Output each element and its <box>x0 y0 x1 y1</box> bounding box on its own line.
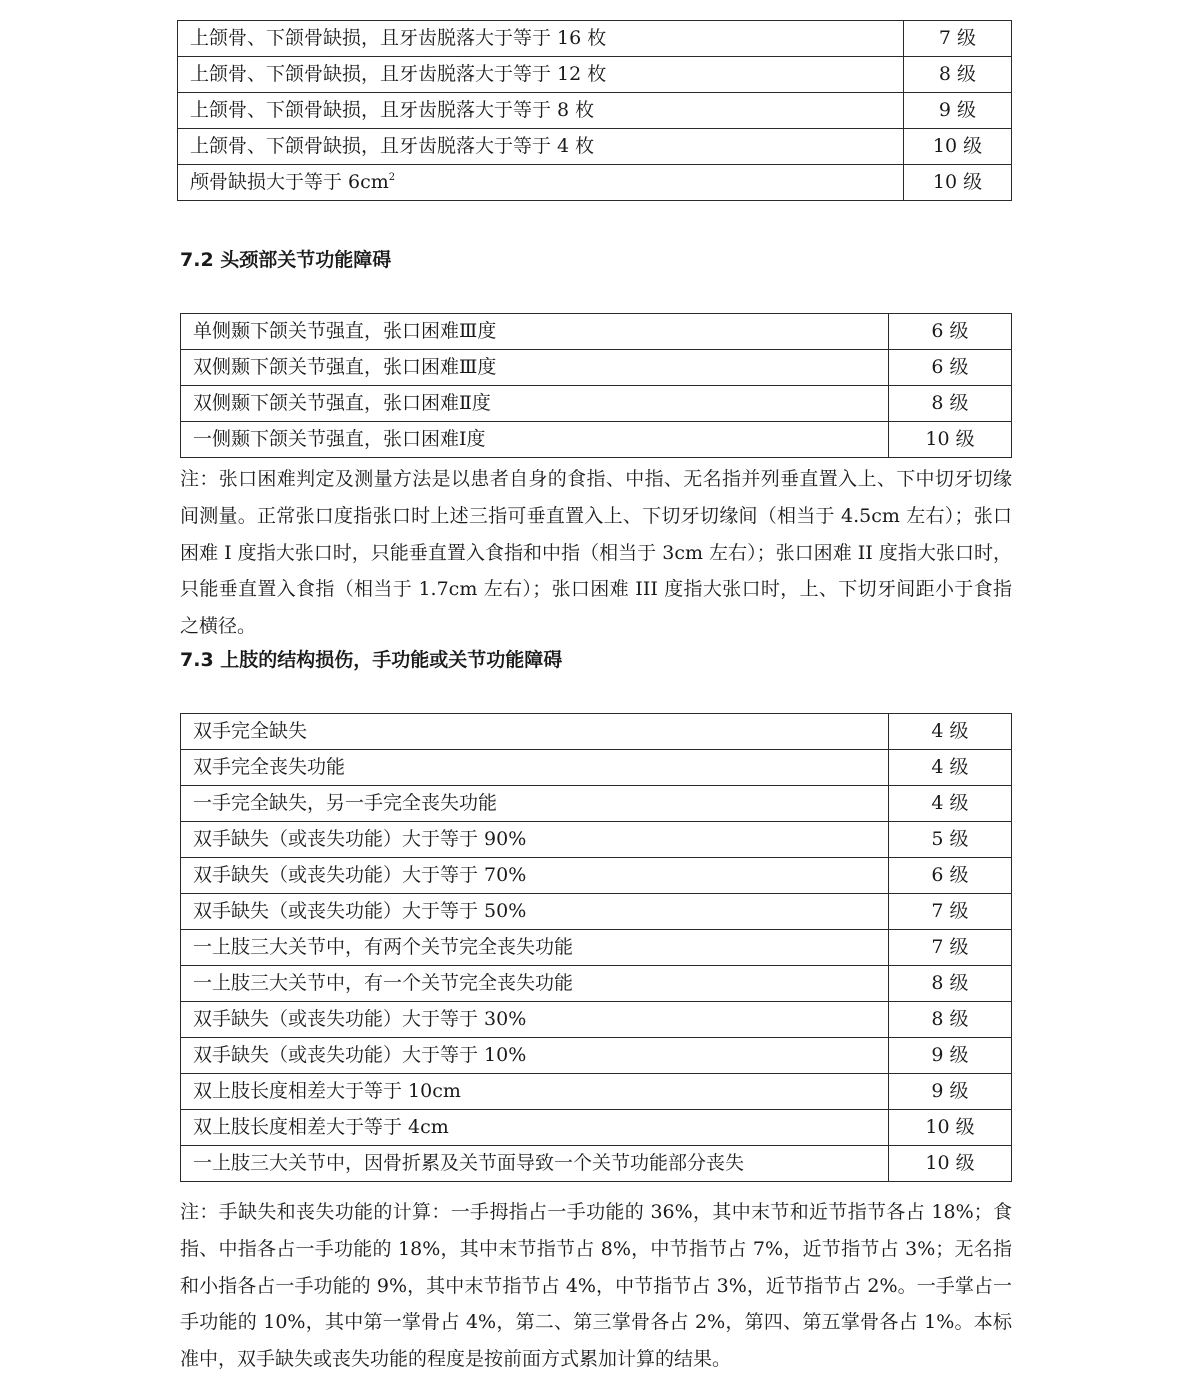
condition-cell: 上颌骨、下颌骨缺损，且牙齿脱落大于等于 8 枚 <box>178 93 904 129</box>
mouth-opening-note: 注：张口困难判定及测量方法是以患者自身的食指、中指、无名指并列垂直置入上、下中切… <box>180 461 1012 645</box>
table-row: 一上肢三大关节中，有一个关节完全丧失功能 8 级 <box>181 966 1012 1002</box>
level-cell: 9 级 <box>904 93 1012 129</box>
table-row: 双上肢长度相差大于等于 4cm 10 级 <box>181 1110 1012 1146</box>
head-neck-joint-table: 单侧颞下颌关节强直，张口困难Ⅲ度 6 级 双侧颞下颌关节强直，张口困难Ⅲ度 6 … <box>180 313 1012 458</box>
condition-cell: 双手缺失（或丧失功能）大于等于 90% <box>181 822 889 858</box>
level-cell: 10 级 <box>889 1146 1012 1182</box>
condition-cell: 双上肢长度相差大于等于 10cm <box>181 1074 889 1110</box>
condition-cell: 双侧颞下颌关节强直，张口困难Ⅱ度 <box>181 386 889 422</box>
condition-cell: 双手缺失（或丧失功能）大于等于 70% <box>181 858 889 894</box>
table-row: 双手完全缺失 4 级 <box>181 714 1012 750</box>
condition-cell: 双手完全缺失 <box>181 714 889 750</box>
level-cell: 6 级 <box>889 314 1012 350</box>
condition-cell: 上颌骨、下颌骨缺损，且牙齿脱落大于等于 4 枚 <box>178 129 904 165</box>
upper-limb-table: 双手完全缺失 4 级 双手完全丧失功能 4 级 一手完全缺失，另一手完全丧失功能… <box>180 713 1012 1182</box>
superscript: 2 <box>389 172 395 183</box>
table-row: 双手缺失（或丧失功能）大于等于 70% 6 级 <box>181 858 1012 894</box>
condition-text: 颅骨缺损大于等于 6cm <box>190 171 389 193</box>
level-cell: 8 级 <box>889 966 1012 1002</box>
level-cell: 7 级 <box>889 894 1012 930</box>
level-cell: 6 级 <box>889 350 1012 386</box>
hand-function-note: 注：手缺失和丧失功能的计算：一手拇指占一手功能的 36%，其中末节和近节指节各占… <box>180 1194 1012 1378</box>
table-row: 双侧颞下颌关节强直，张口困难Ⅲ度 6 级 <box>181 350 1012 386</box>
table-row: 上颌骨、下颌骨缺损，且牙齿脱落大于等于 16 枚 7 级 <box>178 21 1012 57</box>
level-cell: 4 级 <box>889 750 1012 786</box>
table-row: 双手缺失（或丧失功能）大于等于 50% 7 级 <box>181 894 1012 930</box>
condition-cell: 双上肢长度相差大于等于 4cm <box>181 1110 889 1146</box>
level-cell: 6 级 <box>889 858 1012 894</box>
table-row: 颅骨缺损大于等于 6cm2 10 级 <box>178 165 1012 201</box>
level-cell: 7 级 <box>889 930 1012 966</box>
condition-cell: 一手完全缺失，另一手完全丧失功能 <box>181 786 889 822</box>
table-row: 双手缺失（或丧失功能）大于等于 30% 8 级 <box>181 1002 1012 1038</box>
table-row: 双手完全丧失功能 4 级 <box>181 750 1012 786</box>
table-row: 单侧颞下颌关节强直，张口困难Ⅲ度 6 级 <box>181 314 1012 350</box>
condition-cell: 上颌骨、下颌骨缺损，且牙齿脱落大于等于 16 枚 <box>178 21 904 57</box>
level-cell: 10 级 <box>904 129 1012 165</box>
level-cell: 9 级 <box>889 1074 1012 1110</box>
condition-cell: 双手完全丧失功能 <box>181 750 889 786</box>
level-cell: 8 级 <box>889 386 1012 422</box>
document-page: 上颌骨、下颌骨缺损，且牙齿脱落大于等于 16 枚 7 级 上颌骨、下颌骨缺损，且… <box>0 0 1190 1385</box>
level-cell: 8 级 <box>889 1002 1012 1038</box>
condition-cell: 一上肢三大关节中，有一个关节完全丧失功能 <box>181 966 889 1002</box>
condition-cell: 双手缺失（或丧失功能）大于等于 30% <box>181 1002 889 1038</box>
level-cell: 4 级 <box>889 786 1012 822</box>
table-row: 双手缺失（或丧失功能）大于等于 10% 9 级 <box>181 1038 1012 1074</box>
table-row: 一上肢三大关节中，因骨折累及关节面导致一个关节功能部分丧失 10 级 <box>181 1146 1012 1182</box>
level-cell: 10 级 <box>889 422 1012 458</box>
table-row: 双上肢长度相差大于等于 10cm 9 级 <box>181 1074 1012 1110</box>
condition-cell: 一上肢三大关节中，有两个关节完全丧失功能 <box>181 930 889 966</box>
dental-defect-table: 上颌骨、下颌骨缺损，且牙齿脱落大于等于 16 枚 7 级 上颌骨、下颌骨缺损，且… <box>177 20 1012 201</box>
condition-cell: 一上肢三大关节中，因骨折累及关节面导致一个关节功能部分丧失 <box>181 1146 889 1182</box>
condition-cell: 颅骨缺损大于等于 6cm2 <box>178 165 904 201</box>
level-cell: 10 级 <box>889 1110 1012 1146</box>
table-row: 上颌骨、下颌骨缺损，且牙齿脱落大于等于 12 枚 8 级 <box>178 57 1012 93</box>
table-row: 一上肢三大关节中，有两个关节完全丧失功能 7 级 <box>181 930 1012 966</box>
condition-cell: 单侧颞下颌关节强直，张口困难Ⅲ度 <box>181 314 889 350</box>
level-cell: 10 级 <box>904 165 1012 201</box>
level-cell: 4 级 <box>889 714 1012 750</box>
section-heading-7-2: 7.2 头颈部关节功能障碍 <box>180 248 391 272</box>
table-row: 双侧颞下颌关节强直，张口困难Ⅱ度 8 级 <box>181 386 1012 422</box>
table-row: 一侧颞下颌关节强直，张口困难Ⅰ度 10 级 <box>181 422 1012 458</box>
table-row: 一手完全缺失，另一手完全丧失功能 4 级 <box>181 786 1012 822</box>
level-cell: 7 级 <box>904 21 1012 57</box>
level-cell: 8 级 <box>904 57 1012 93</box>
condition-cell: 双手缺失（或丧失功能）大于等于 50% <box>181 894 889 930</box>
table-row: 双手缺失（或丧失功能）大于等于 90% 5 级 <box>181 822 1012 858</box>
level-cell: 5 级 <box>889 822 1012 858</box>
condition-cell: 双侧颞下颌关节强直，张口困难Ⅲ度 <box>181 350 889 386</box>
condition-cell: 双手缺失（或丧失功能）大于等于 10% <box>181 1038 889 1074</box>
condition-cell: 上颌骨、下颌骨缺损，且牙齿脱落大于等于 12 枚 <box>178 57 904 93</box>
condition-cell: 一侧颞下颌关节强直，张口困难Ⅰ度 <box>181 422 889 458</box>
section-heading-7-3: 7.3 上肢的结构损伤，手功能或关节功能障碍 <box>180 648 562 672</box>
level-cell: 9 级 <box>889 1038 1012 1074</box>
table-row: 上颌骨、下颌骨缺损，且牙齿脱落大于等于 8 枚 9 级 <box>178 93 1012 129</box>
table-row: 上颌骨、下颌骨缺损，且牙齿脱落大于等于 4 枚 10 级 <box>178 129 1012 165</box>
